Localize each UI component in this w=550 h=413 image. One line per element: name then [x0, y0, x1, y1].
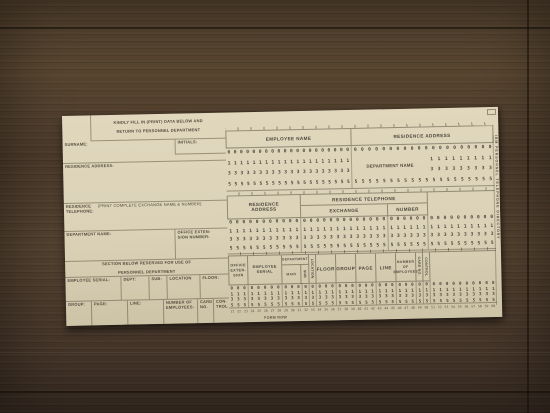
column-number: 21 — [231, 310, 235, 314]
personnel-row-2: GROUP: PAGE: LINE: NUMBER OF EMPLOYEES: … — [66, 299, 229, 326]
punch-band-name-address: EMPLOYEE NAME RESIDENCE ADDRESS 00000000… — [225, 122, 494, 192]
column-number: 45 — [391, 306, 395, 310]
form-number-note: FORM ROW — [264, 315, 287, 319]
digit-row-5: 555 — [283, 301, 302, 307]
digit-row-5: 555 — [397, 298, 416, 304]
column-number: 55 — [458, 305, 462, 309]
line-label: LINE: — [130, 301, 161, 306]
digit-row-5: 555 — [317, 300, 336, 306]
instruction-line1: KINDLY FILL IN (PRINT) DATA BELOW AND — [113, 118, 202, 125]
band3-column-group: 000111333555 — [283, 284, 303, 307]
residence-address-label: RESIDENCE ADDRESS: — [65, 162, 224, 170]
line-box: LINE: — [128, 300, 164, 325]
number-columns: 000000 111111 333333 555555 — [388, 215, 429, 250]
digit-row-5: 5 — [417, 298, 423, 304]
initials-box: INITIALS: — [175, 139, 226, 155]
column-number: 52 — [438, 305, 442, 309]
unlabeled-columns: 0000000000 1111111111 3333333333 5555555… — [428, 214, 496, 249]
column-number: 53 — [444, 305, 448, 309]
initials-label: INITIALS: — [178, 140, 224, 146]
employee-serial-box: EMPLOYEE SERIAL: — [65, 277, 121, 302]
column-number: 60 — [491, 304, 495, 308]
control-box: CON- TROL — [214, 299, 229, 323]
column-number: 31 — [297, 308, 301, 312]
office-extension-header: OFFICE EXTEN- SION — [228, 255, 249, 285]
column-number: 24 — [251, 309, 255, 313]
residence-telephone-header-group: RESIDENCE TELEPHONE EXCHANGE NUMBER — [301, 191, 428, 218]
card-no-label: CARD NO. — [200, 300, 211, 309]
column-number: 36 — [331, 308, 335, 312]
column-number: 34 — [317, 308, 321, 312]
band3-column-group: 00000111113333355555 — [249, 284, 283, 307]
sub-box: SUB: — [149, 276, 167, 300]
residence-address-header-2: RESIDENCE ADDRESS — [227, 194, 301, 220]
column-number: 47 — [404, 306, 408, 310]
location-label: LOCATION — [169, 276, 197, 281]
personnel-row-1: EMPLOYEE SERIAL: DEPT: SUB: LOCATION FLO… — [65, 275, 228, 302]
sub-header: SUB — [301, 265, 308, 284]
section-note-line2: PERSONNEL DEPARTMENT — [118, 268, 176, 274]
wood-scratch — [0, 352, 550, 353]
card-no-box: CARD NO. — [198, 299, 214, 323]
number-of-employees-box: NUMBER OF EMPLOYEES: — [164, 299, 198, 324]
column-number: 35 — [324, 308, 328, 312]
column-number: 43 — [378, 307, 382, 311]
column-number: 44 — [384, 307, 388, 311]
department-name-inner-label: DEPARTMENT NAME — [352, 155, 428, 178]
column-number: 58 — [478, 305, 482, 309]
page-box: PAGE: — [92, 301, 128, 326]
department-header: DEPARTMENT — [282, 255, 308, 266]
wood-scratch — [0, 76, 550, 77]
corner-index-box — [487, 109, 496, 115]
employee-serial-header: EMPLOYEE SERIAL — [248, 254, 283, 285]
office-extension-label: OFFICE EXTEN- SION NUMBER: — [177, 230, 225, 240]
department-header-group: DEPARTMENT MAIN SUB — [282, 254, 310, 285]
handwritten-form-section: KINDLY FILL IN (PRINT) DATA BELOW AND RE… — [62, 113, 229, 326]
column-number: 33 — [311, 308, 315, 312]
number-of-employees-label: NUMBER OF EMPLOYEES: — [166, 300, 195, 310]
column-number: 22 — [237, 310, 241, 314]
instruction-line2: RETURN TO PERSONNEL DEPARTMENT — [116, 127, 200, 134]
floor-box: FLOOR: — [200, 275, 228, 300]
column-number: 50 — [424, 306, 428, 310]
floor-label: FLOOR: — [202, 276, 226, 281]
punch-band-personnel-codes: OFFICE EXTEN- SION EMPLOYEE SERIAL DEPAR… — [228, 247, 497, 314]
group-box: GROUP: — [66, 301, 92, 326]
column-number: 28 — [277, 309, 281, 313]
band3-column-group: 000111333555 — [397, 282, 417, 305]
digit-row-5: 555 — [357, 299, 376, 305]
residence-telephone-label: RESIDENCE TELEPHONE: — [66, 204, 94, 214]
department-name-box: DEPARTMENT NAME: — [64, 230, 175, 262]
digit-row-5: 55555555555555555555 — [226, 177, 351, 190]
dept-label: DEPT: — [123, 277, 146, 282]
digit-row-5: 5 — [424, 298, 430, 304]
column-number: 42 — [371, 307, 375, 311]
digit-row-5: 5 — [310, 301, 316, 307]
number-header: NUMBER — [388, 203, 428, 216]
telephone-note: (PRINT COMPLETE EXCHANGE NAME & NUMBER) — [98, 202, 202, 213]
column-number: 23 — [244, 310, 248, 314]
column-number: 32 — [304, 308, 308, 312]
main-header: MAIN — [282, 265, 301, 284]
band3-column-group: 000111333555 — [377, 282, 397, 305]
digit-row-5: 555 — [229, 302, 248, 308]
plank-seam-top — [0, 27, 550, 29]
column-number: 46 — [398, 306, 402, 310]
page-label: PAGE: — [94, 302, 125, 307]
column-number: 38 — [344, 307, 348, 311]
column-number: 30 — [291, 309, 295, 313]
digit-row-5: 5555555555 — [431, 297, 497, 304]
column-number: 49 — [418, 306, 422, 310]
band3-column-group: 000111333555 — [317, 283, 337, 306]
band3-column-group: 000111333555 — [229, 285, 249, 308]
photo-scene: KINDLY FILL IN (PRINT) DATA BELOW AND RE… — [0, 0, 550, 413]
plank-seam-bottom — [0, 391, 550, 393]
residence-address-box: RESIDENCE ADDRESS: — [63, 161, 227, 204]
column-number: 25 — [257, 309, 261, 313]
group-label: GROUP: — [68, 302, 89, 307]
floor-header: FLOOR — [316, 253, 337, 283]
residence-telephone-box: RESIDENCE TELEPHONE: (PRINT COMPLETE EXC… — [64, 201, 228, 232]
column-number: 29 — [284, 309, 288, 313]
residence-address-columns-2: 00000000000 11111111111 33333333333 5555… — [227, 218, 302, 254]
digit-row-5: 555 — [377, 299, 396, 305]
column-number: 39 — [351, 307, 355, 311]
column-number: 54 — [451, 305, 455, 309]
sub-label: SUB: — [151, 277, 164, 282]
band3-column-group: 0000000000111111111133333333335555555555 — [431, 280, 497, 304]
punch-columns-section: EMPLOYEE NAME RESIDENCE ADDRESS 00000000… — [225, 107, 497, 323]
unlabeled-header-area-2 — [430, 250, 497, 281]
column-number: 51 — [431, 306, 435, 310]
column-number: 41 — [364, 307, 368, 311]
ibm-punch-card: KINDLY FILL IN (PRINT) DATA BELOW AND RE… — [62, 107, 502, 326]
control-label: CON- TROL — [216, 300, 227, 309]
column-number: 26 — [264, 309, 268, 313]
punch-band-residence-telephone: RESIDENCE ADDRESS RESIDENCE TELEPHONE EX… — [227, 187, 496, 255]
digit-row-5: 55555 — [249, 301, 282, 307]
column-number: 48 — [411, 306, 415, 310]
column-number: 37 — [337, 308, 341, 312]
number-of-employees-header: NUMBER OF EMPLOYEES — [396, 252, 417, 282]
digit-row-5: 555 — [337, 300, 356, 306]
instruction-box: KINDLY FILL IN (PRINT) DATA BELOW AND RE… — [90, 113, 226, 142]
column-number: 27 — [271, 309, 275, 313]
page-header: PAGE — [356, 252, 377, 282]
group-header: GROUP — [336, 253, 357, 283]
department-name-label: DEPARTMENT NAME: — [66, 231, 172, 238]
instruction-text: KINDLY FILL IN (PRINT) DATA BELOW AND RE… — [113, 119, 203, 135]
employee-name-columns: 00000000000000000000 1111111111111111111… — [226, 146, 353, 191]
dept-box: DEPT: — [121, 276, 149, 301]
column-number: 40 — [358, 307, 362, 311]
exchange-columns: 0000000000000 1111111111111 333333333333… — [301, 216, 389, 252]
unlabeled-header-area — [428, 190, 495, 215]
employee-serial-label: EMPLOYEE SERIAL: — [67, 278, 118, 284]
location-box: LOCATION — [167, 275, 200, 300]
column-number: 56 — [465, 305, 469, 309]
residence-address-columns: 00000000000000000000 DEPARTMENT NAME 111… — [352, 143, 495, 188]
column-number: 59 — [485, 304, 489, 308]
column-number: 57 — [471, 305, 475, 309]
band3-column-group: 000111333555 — [337, 283, 357, 306]
digit-row-5: 5 — [303, 301, 309, 307]
band3-column-group: 000111333555 — [357, 282, 377, 305]
section-note-line1: SECTION BELOW RESERVED FOR USE OF — [102, 259, 191, 266]
office-extension-box: OFFICE EXTEN- SION NUMBER: — [174, 229, 228, 260]
